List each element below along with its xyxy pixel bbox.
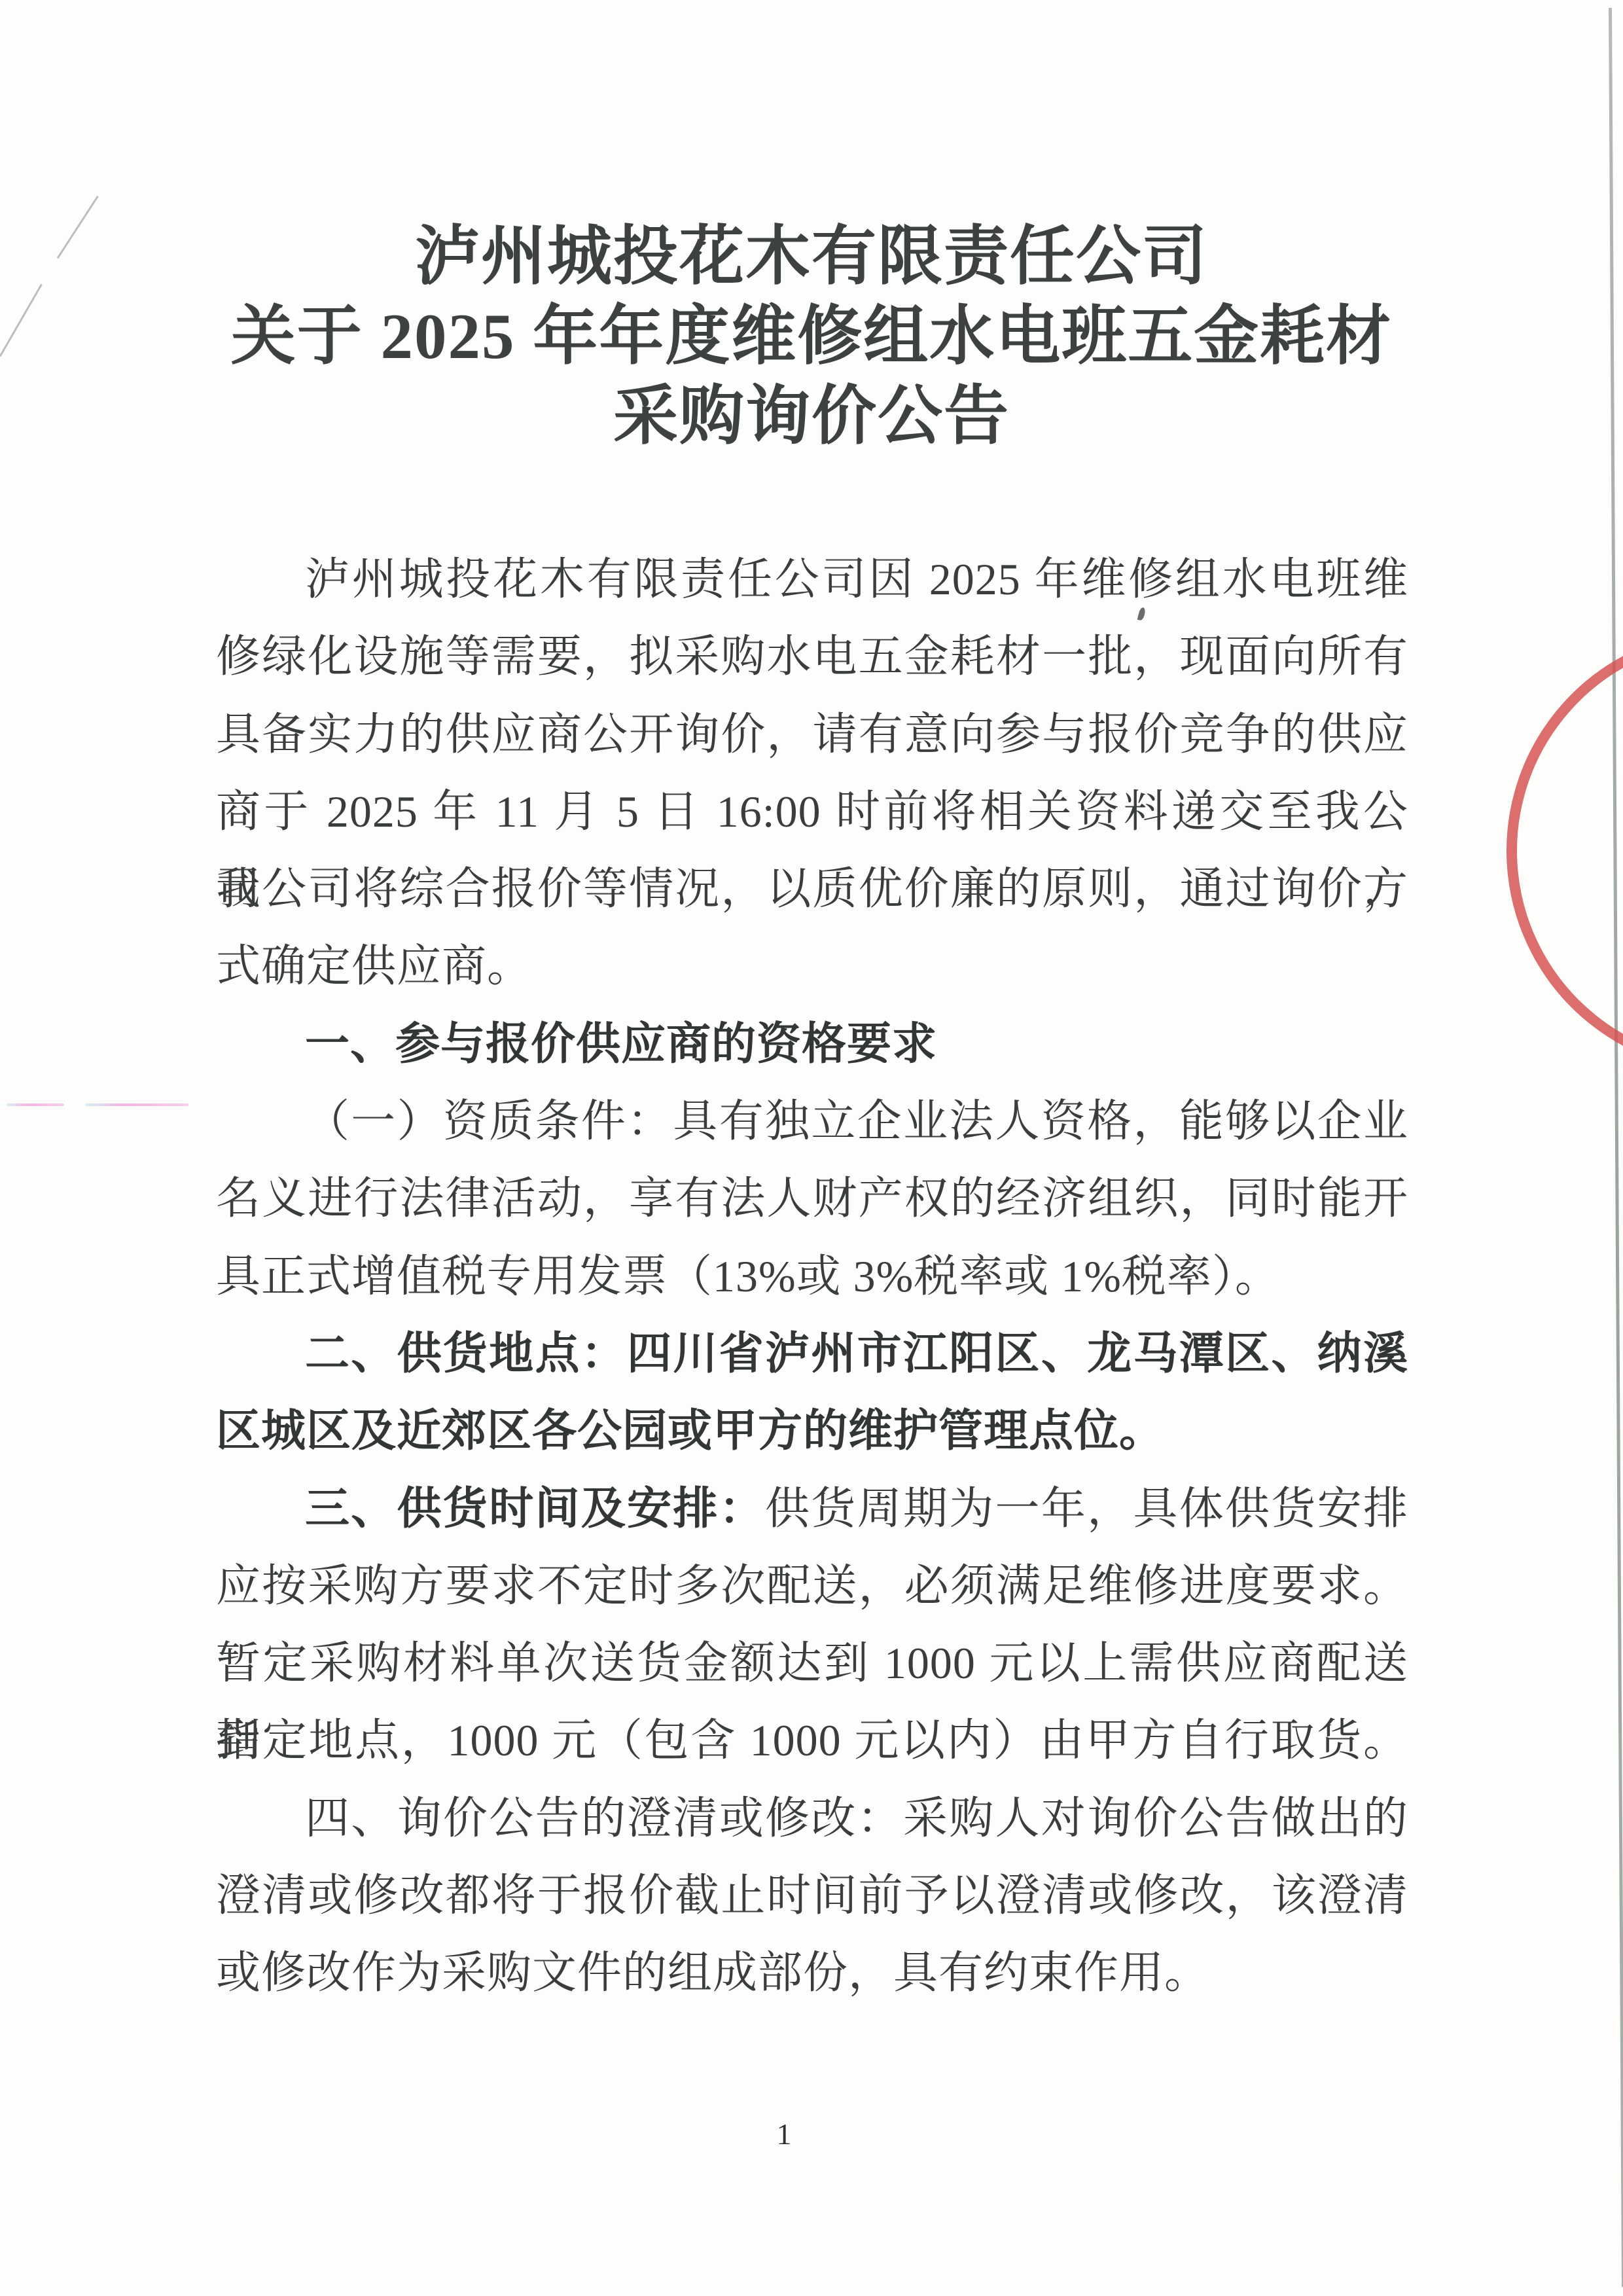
body-text: 泸州城投花木有限责任公司因 2025 年维修组水电班维修绿化设施等需要，拟采购水… [216, 541, 1408, 2012]
body-line: 名义进行法律活动，享有法人财产权的经济组织，同时能开 [216, 1160, 1408, 1237]
body-text-segment: 供货周期为一年，具体供货安排 [765, 1484, 1408, 1534]
body-heading-segment: 二、供货地点：四川省泸州市江阳区、龙马潭区、纳溪 [305, 1329, 1408, 1378]
seal-outer-ring [1490, 613, 1623, 1088]
body-line: 式确定供应商。 [216, 927, 1408, 1005]
body-line: 修绿化设施等需要，拟采购水电五金耗材一批，现面向所有 [216, 618, 1408, 695]
body-text-segment: 或修改作为采购文件的组成部份，具有约束作用。 [216, 1948, 1209, 1998]
body-line: 具正式增值税专用发票（13%或 3%税率或 1%税率）。 [216, 1238, 1408, 1315]
body-text-segment: （一）资质条件：具有独立企业法人资格，能够以企业 [305, 1096, 1408, 1146]
body-line: 具备实力的供应商公开询价，请有意向参与报价竞争的供应 [216, 696, 1408, 773]
body-text-segment: 式确定供应商。 [216, 941, 532, 991]
body-heading-segment: 三、供货时间及安排： [305, 1484, 765, 1534]
scan-pink-artifact-line [85, 1103, 188, 1106]
title-line-company: 泸州城投花木有限责任公司 [0, 217, 1623, 297]
body-text-segment: 四、询价公告的澄清或修改：采购人对询价公告做出的 [305, 1793, 1408, 1843]
body-line: 暂定采购材料单次送货金额达到 1000 元以上需供应商配送到 [216, 1624, 1408, 1702]
title-line-notice-type: 采购询价公告 [0, 377, 1623, 457]
body-line: 澄清或修改都将于报价截止时间前予以澄清或修改，该澄清 [216, 1857, 1408, 1934]
document-title: 泸州城投花木有限责任公司 关于 2025 年年度维修组水电班五金耗材 采购询价公… [0, 217, 1623, 457]
seal-arc-text: 泸州城投花木有限责 [1598, 704, 1623, 1066]
body-heading-segment: 区城区及近郊区各公园或甲方的维护管理点位。 [216, 1406, 1164, 1456]
body-line: 一、参与报价供应商的资格要求 [216, 1005, 1408, 1083]
body-line: 或修改作为采购文件的组成部份，具有约束作用。 [216, 1934, 1408, 2011]
body-text-segment: 应按采购方要求不定时多次配送，必须满足维修进度要求。 [216, 1561, 1408, 1611]
body-line: 应按采购方要求不定时多次配送，必须满足维修进度要求。 [216, 1547, 1408, 1624]
body-text-segment: 指定地点，1000 元（包含 1000 元以内）由甲方自行取货。 [216, 1715, 1408, 1765]
body-text-segment: 澄清或修改都将于报价截止时间前予以澄清或修改，该澄清 [216, 1871, 1408, 1920]
body-line: 我公司将综合报价等情况，以质优价廉的原则，通过询价方 [216, 850, 1408, 927]
scan-pink-artifact-line [7, 1103, 64, 1106]
page-number: 1 [764, 2117, 804, 2151]
body-line: 四、询价公告的澄清或修改：采购人对询价公告做出的 [216, 1780, 1408, 1857]
body-text-segment: 我公司将综合报价等情况，以质优价廉的原则，通过询价方 [216, 864, 1408, 914]
body-heading-segment: 一、参与报价供应商的资格要求 [305, 1019, 937, 1069]
company-seal-stamp: 泸州城投花木有限责 [1476, 599, 1623, 1102]
body-text-segment: 具备实力的供应商公开询价，请有意向参与报价竞争的供应 [216, 709, 1408, 759]
body-line: 区城区及近郊区各公园或甲方的维护管理点位。 [216, 1392, 1408, 1469]
body-text-segment: 泸州城投花木有限责任公司因 2025 年维修组水电班维 [305, 554, 1408, 604]
body-line: 二、供货地点：四川省泸州市江阳区、龙马潭区、纳溪 [216, 1315, 1408, 1392]
title-line-subject: 关于 2025 年年度维修组水电班五金耗材 [0, 297, 1623, 377]
body-text-segment: 具正式增值税专用发票（13%或 3%税率或 1%税率）。 [216, 1251, 1280, 1301]
body-line: 三、供货时间及安排：供货周期为一年，具体供货安排 [216, 1470, 1408, 1547]
body-line: 商于 2025 年 11 月 5 日 16:00 时前将相关资料递交至我公司， [216, 773, 1408, 850]
body-line: 泸州城投花木有限责任公司因 2025 年维修组水电班维 [216, 541, 1408, 618]
body-text-segment: 名义进行法律活动，享有法人财产权的经济组织，同时能开 [216, 1174, 1408, 1223]
body-line: （一）资质条件：具有独立企业法人资格，能够以企业 [216, 1083, 1408, 1160]
body-line: 指定地点，1000 元（包含 1000 元以内）由甲方自行取货。 [216, 1702, 1408, 1779]
document-page: 泸州城投花木有限责任公司 关于 2025 年年度维修组水电班五金耗材 采购询价公… [0, 0, 1623, 2296]
body-text-segment: 修绿化设施等需要，拟采购水电五金耗材一批，现面向所有 [216, 632, 1408, 681]
